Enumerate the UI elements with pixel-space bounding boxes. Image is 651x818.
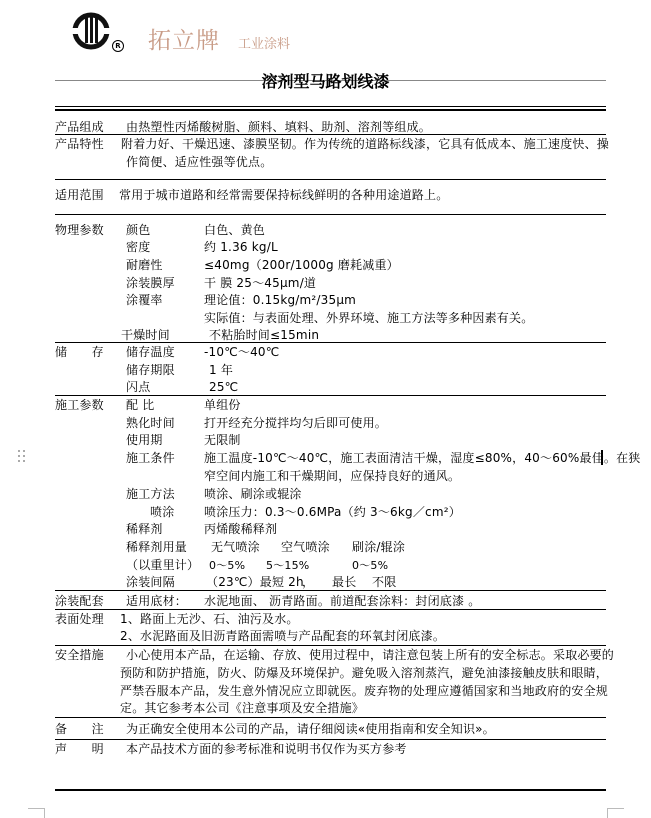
brand-subtitle: 工业涂料 bbox=[238, 37, 290, 53]
application-value: 喷涂、刷涂或辊涂 bbox=[204, 487, 302, 501]
system-label: 涂装配套 bbox=[55, 594, 104, 608]
application-value: 打开经充分搅拌均匀后即可使用。 bbox=[204, 416, 387, 430]
safety-text-line4: 定。其它参考本公司《注意事项及安全措施》 bbox=[120, 701, 364, 715]
application-key: 熟化时间 bbox=[126, 416, 175, 430]
safety-text-line2: 预防和防护措施，防火、防爆及环境保护。避免吸入溶剂蒸汽，避免油漆接触皮肤和眼睛， bbox=[120, 666, 608, 680]
physical-key: 耐磨性 bbox=[126, 258, 163, 272]
application-value: 施工温度-10℃～40℃，施工表面清洁干燥，湿度≤80%，40～60%最佳。在狭 bbox=[204, 451, 641, 465]
divider bbox=[55, 342, 606, 343]
system-text: 水泥地面、 沥青路面。前道配套涂料：封闭底漆 。 bbox=[204, 594, 480, 608]
safety-label: 安全措施 bbox=[55, 648, 104, 662]
divider bbox=[55, 717, 606, 718]
application-key: 施工条件 bbox=[126, 451, 175, 465]
statement-label: 声 明 bbox=[55, 742, 104, 756]
title-divider-bottom bbox=[55, 109, 606, 111]
title-divider-top bbox=[55, 106, 606, 107]
scope-label: 适用范围 bbox=[55, 188, 104, 202]
application-value: 窄空间内施工和干燥期间，应保持良好的通风。 bbox=[204, 469, 460, 483]
application-value: 无限制 bbox=[204, 433, 241, 447]
divider bbox=[55, 739, 606, 740]
remarks-text: 为正确安全使用本公司的产品，请仔细阅读«使用指南和安全知识»。 bbox=[126, 722, 495, 736]
system-key: 适用底材： bbox=[126, 594, 187, 608]
storage-key: 储存期限 bbox=[126, 363, 175, 377]
divider bbox=[55, 395, 606, 396]
physical-key: 涂装膜厚 bbox=[126, 276, 175, 290]
thinner-col-brush: 刷涂/辊涂 bbox=[352, 540, 405, 554]
divider bbox=[55, 134, 606, 135]
physical-key: 干燥时间 bbox=[121, 328, 170, 342]
physical-key: 颜色 bbox=[126, 223, 150, 237]
interval-max-label: 最长 bbox=[332, 575, 356, 589]
physical-value: ≤40mg（200r/1000g 磨耗减重） bbox=[204, 258, 399, 272]
application-label: 施工参数 bbox=[55, 398, 104, 412]
physical-value: 理论值：0.15kg/m²/35μm bbox=[204, 293, 356, 307]
composition-label: 产品组成 bbox=[55, 120, 104, 134]
text-cursor bbox=[601, 450, 603, 465]
page-bottom-divider bbox=[55, 789, 606, 791]
registered-mark: R bbox=[112, 40, 124, 52]
application-value: 单组份 bbox=[204, 398, 241, 412]
interval-max-value: 不限 bbox=[372, 575, 396, 589]
physical-value: 不粘胎时间≤15min bbox=[209, 328, 319, 342]
physical-value: 干 膜 25～45μm/道 bbox=[204, 276, 316, 290]
remarks-label: 备 注 bbox=[55, 722, 104, 736]
page-corner-mark-left bbox=[28, 808, 45, 818]
divider bbox=[55, 214, 606, 215]
interval-separator: ， bbox=[302, 575, 314, 589]
safety-text-line3: 严禁吞服本产品，发生意外情况应立即就医。废弃物的处理应遵循国家和当地政府的安全规 bbox=[120, 684, 608, 698]
company-logo-icon bbox=[72, 12, 110, 50]
thinner-val-air: 5～15% bbox=[266, 559, 309, 573]
drag-handle-icon[interactable] bbox=[18, 450, 26, 464]
storage-value: 25℃ bbox=[209, 380, 238, 394]
physical-value: 约 1.36 kg/L bbox=[204, 240, 278, 254]
storage-label: 储 存 bbox=[55, 345, 104, 359]
storage-value: 1 年 bbox=[209, 363, 233, 377]
scope-text: 常用于城市道路和经常需要保持标线鲜明的各种用途道路上。 bbox=[119, 188, 448, 202]
storage-value: -10℃～40℃ bbox=[204, 345, 279, 359]
surface-text-line2: 2、水泥路面及旧沥青路面需喷与产品配套的环氧封闭底漆。 bbox=[120, 629, 445, 643]
application-key: 稀释剂 bbox=[126, 522, 163, 536]
thinner-amount-key: 稀释剂用量 bbox=[126, 540, 187, 554]
features-text-line2: 作简便、适应性强等优点。 bbox=[126, 155, 272, 169]
application-key: 施工方法 bbox=[126, 487, 175, 501]
physical-label: 物理参数 bbox=[55, 223, 104, 237]
storage-key: 闪点 bbox=[126, 380, 150, 394]
physical-value: 白色、黄色 bbox=[204, 223, 265, 237]
physical-key: 涂覆率 bbox=[126, 293, 163, 307]
storage-key: 储存温度 bbox=[126, 345, 175, 359]
page-corner-mark-right bbox=[607, 808, 624, 818]
document-title: 溶剂型马路划线漆 bbox=[0, 72, 651, 92]
application-value: 喷涂压力：0.3～0.6MPa（约 3～6kg／cm²） bbox=[204, 505, 461, 519]
statement-text: 本产品技术方面的参考标准和说明书仅作为买方参考 bbox=[126, 742, 407, 756]
thinner-val-brush: 0～5% bbox=[352, 559, 388, 573]
application-key: 使用期 bbox=[126, 433, 163, 447]
interval-key: 涂装间隔 bbox=[126, 575, 175, 589]
brand-name: 拓立牌 bbox=[148, 27, 220, 55]
thinner-val-airless: 0～5% bbox=[209, 559, 245, 573]
features-text-line1: 附着力好、干燥迅速、漆膜坚韧。作为传统的道路标线漆，它具有低成本、施工速度快、操 bbox=[121, 137, 609, 151]
interval-condition: （23℃）最短 2h bbox=[206, 575, 304, 589]
physical-key: 密度 bbox=[126, 240, 150, 254]
divider bbox=[55, 179, 606, 180]
surface-text-line1: 1、路面上无沙、石、油污及水。 bbox=[120, 612, 299, 626]
surface-label: 表面处理 bbox=[55, 612, 104, 626]
divider bbox=[55, 590, 606, 591]
physical-value: 实际值：与表面处理、外界环境、施工方法等多种因素有关。 bbox=[204, 311, 533, 325]
divider bbox=[55, 609, 606, 610]
application-value: 丙烯酸稀释剂 bbox=[204, 522, 277, 536]
safety-text-line1: 小心使用本产品，在运输、存放、使用过程中，请注意包装上所有的安全标志。采取必要的 bbox=[126, 648, 614, 662]
application-key: 喷涂 bbox=[150, 505, 174, 519]
features-label: 产品特性 bbox=[55, 137, 104, 151]
divider bbox=[55, 645, 606, 646]
thinner-amount-key2: （以重里计） bbox=[126, 558, 199, 572]
thinner-col-airless: 无气喷涂 bbox=[211, 540, 260, 554]
application-key: 配 比 bbox=[126, 398, 154, 412]
composition-text: 由热塑性丙烯酸树脂、颜料、填料、助剂、溶剂等组成。 bbox=[126, 120, 431, 134]
thinner-col-air: 空气喷涂 bbox=[281, 540, 330, 554]
